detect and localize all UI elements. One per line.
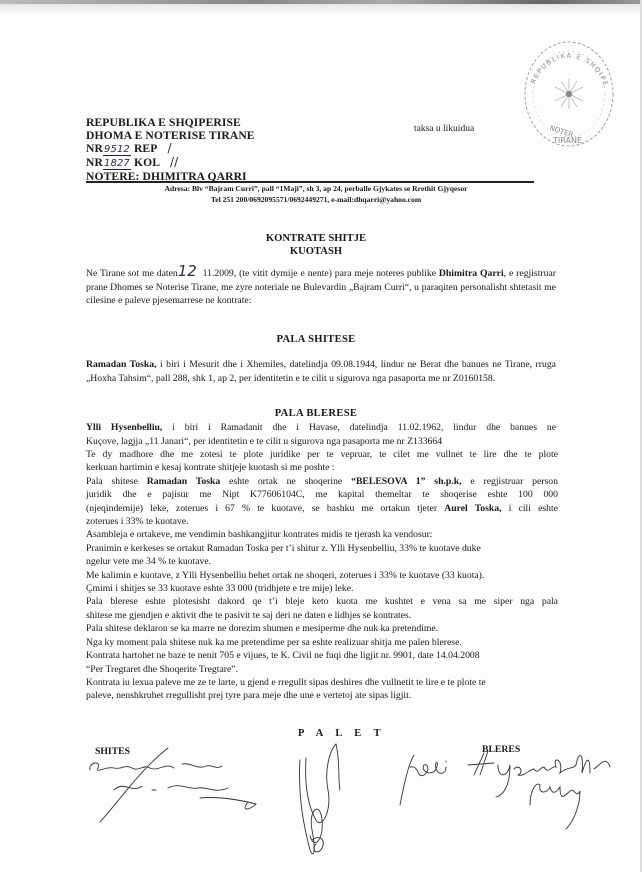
body-line: Nga ky moment pala shitese nuk ka me pre… [86, 636, 558, 649]
header-republic: REPUBLIKA E SHQIPERISE [86, 116, 386, 129]
body-line: zoterues i 33% te kuotave. [86, 515, 558, 528]
notary-stamp-icon: REPUBLIKA E SHQIPERISE NOTER TIRANE [523, 39, 615, 149]
parties-heading: P A L E T [298, 728, 386, 739]
body-line: Çmimi i shitjes se 33 kuotave eshte 33 0… [86, 582, 558, 595]
title-line-1: KONTRATE SHITJE [86, 232, 546, 245]
notary-address: Adresa: Blv “Bajram Curri”, pall “1Maji”… [86, 183, 546, 205]
svg-text:REPUBLIKA E SHQIPERISE: REPUBLIKA E SHQIPERISE [523, 39, 610, 88]
notary-name: Dhimitra Qarri [439, 268, 504, 279]
body-line: “Per Tregtaret dhe Shoqerite Tregtare”. [86, 663, 558, 676]
body-line: juridik dhe e pajisur me Nipt K77606104C… [86, 488, 558, 501]
address-line: Adresa: Blv “Bajram Curri”, pall “1Maji”… [86, 183, 546, 194]
body-line: (njeqindemije) leke, zoterues i 67 % te … [86, 502, 558, 515]
handwritten-double-slash-mark: // [170, 155, 178, 169]
body-line: Pranimin e kerkeses se ortakut Ramadan T… [86, 542, 558, 555]
body-line: Asambleja e ortakeve, me vendimin bashka… [86, 528, 558, 541]
body-line: paleve, nenshkruhet rregullisht prej tyr… [86, 689, 558, 702]
title-line-2: KUOTASH [86, 245, 546, 258]
contract-title: KONTRATE SHITJE KUOTASH [86, 232, 546, 258]
svg-text:TIRANE: TIRANE [552, 136, 582, 145]
seller-name: Ramadan Toska, [86, 359, 157, 370]
buyer-heading: PALA BLERESE [86, 408, 546, 419]
body-line: ngelur vete me 34 % te kuotave. [86, 555, 558, 568]
notary-signature-icon [292, 740, 352, 870]
intro-paragraph: Ne Tirane sot me daten12 11.2009, (te vi… [86, 266, 556, 308]
body-line: shitese me gjendjen e aktivit dhe te pas… [86, 609, 558, 622]
header-nr-rep: NR9512REP/ [86, 142, 386, 156]
body-line: Pala blerese eshte plotesisht dakord qe … [86, 595, 558, 608]
contract-body: Te dy madhore dhe me zotesi te plote jur… [86, 448, 558, 703]
header-chamber: DHOMA E NOTERISE TIRANE [86, 129, 386, 142]
buyer-name: Ylli Hysenbelliu, [86, 422, 162, 433]
header-nr-kol: NR1827KOL// [86, 156, 386, 170]
buyer-signature-icon [380, 745, 630, 845]
seller-heading: PALA SHITESE [86, 334, 546, 345]
tax-paid-note: taksa u likuidua [414, 124, 474, 134]
contact-line: Tel 251 200/0692095571/0692449271, e-mai… [86, 194, 546, 205]
body-line: Me kalimin e kuotave, z Ylli Hysenbelliu… [86, 569, 558, 582]
seller-paragraph: Ramadan Toska, i biri i Mesurit dhe i Xh… [86, 358, 556, 385]
body-line: Pala shitese deklaron se ka marre ne dor… [86, 622, 558, 635]
body-line: Te dy madhore dhe me zotesi te plote jur… [86, 448, 558, 461]
body-line: kerkuan hartimin e kesaj kontrate shitje… [86, 461, 558, 474]
handwritten-rep-number: 9512 [103, 145, 131, 156]
handwritten-kol-number: 1827 [103, 159, 131, 170]
seller-signature-icon [80, 740, 280, 830]
body-line: Kontrata iu lexua paleve me ze te larte,… [86, 676, 558, 689]
body-line: Pala shitese Ramadan Toska eshte ortak n… [86, 475, 558, 488]
handwritten-day: 12 [178, 266, 200, 276]
body-line: Kontrata hartohet ne baze te nenit 705 e… [86, 649, 558, 662]
handwritten-slash-mark: / [167, 141, 171, 155]
company-name: “BELESOVA 1” sh.p.k, [351, 476, 461, 487]
scan-top-shadow [0, 4, 642, 14]
buyer-paragraph: Ylli Hysenbelliu, i biri i Ramadanit dhe… [86, 421, 556, 448]
notary-header: REPUBLIKA E SHQIPERISE DHOMA E NOTERISE … [86, 116, 386, 183]
